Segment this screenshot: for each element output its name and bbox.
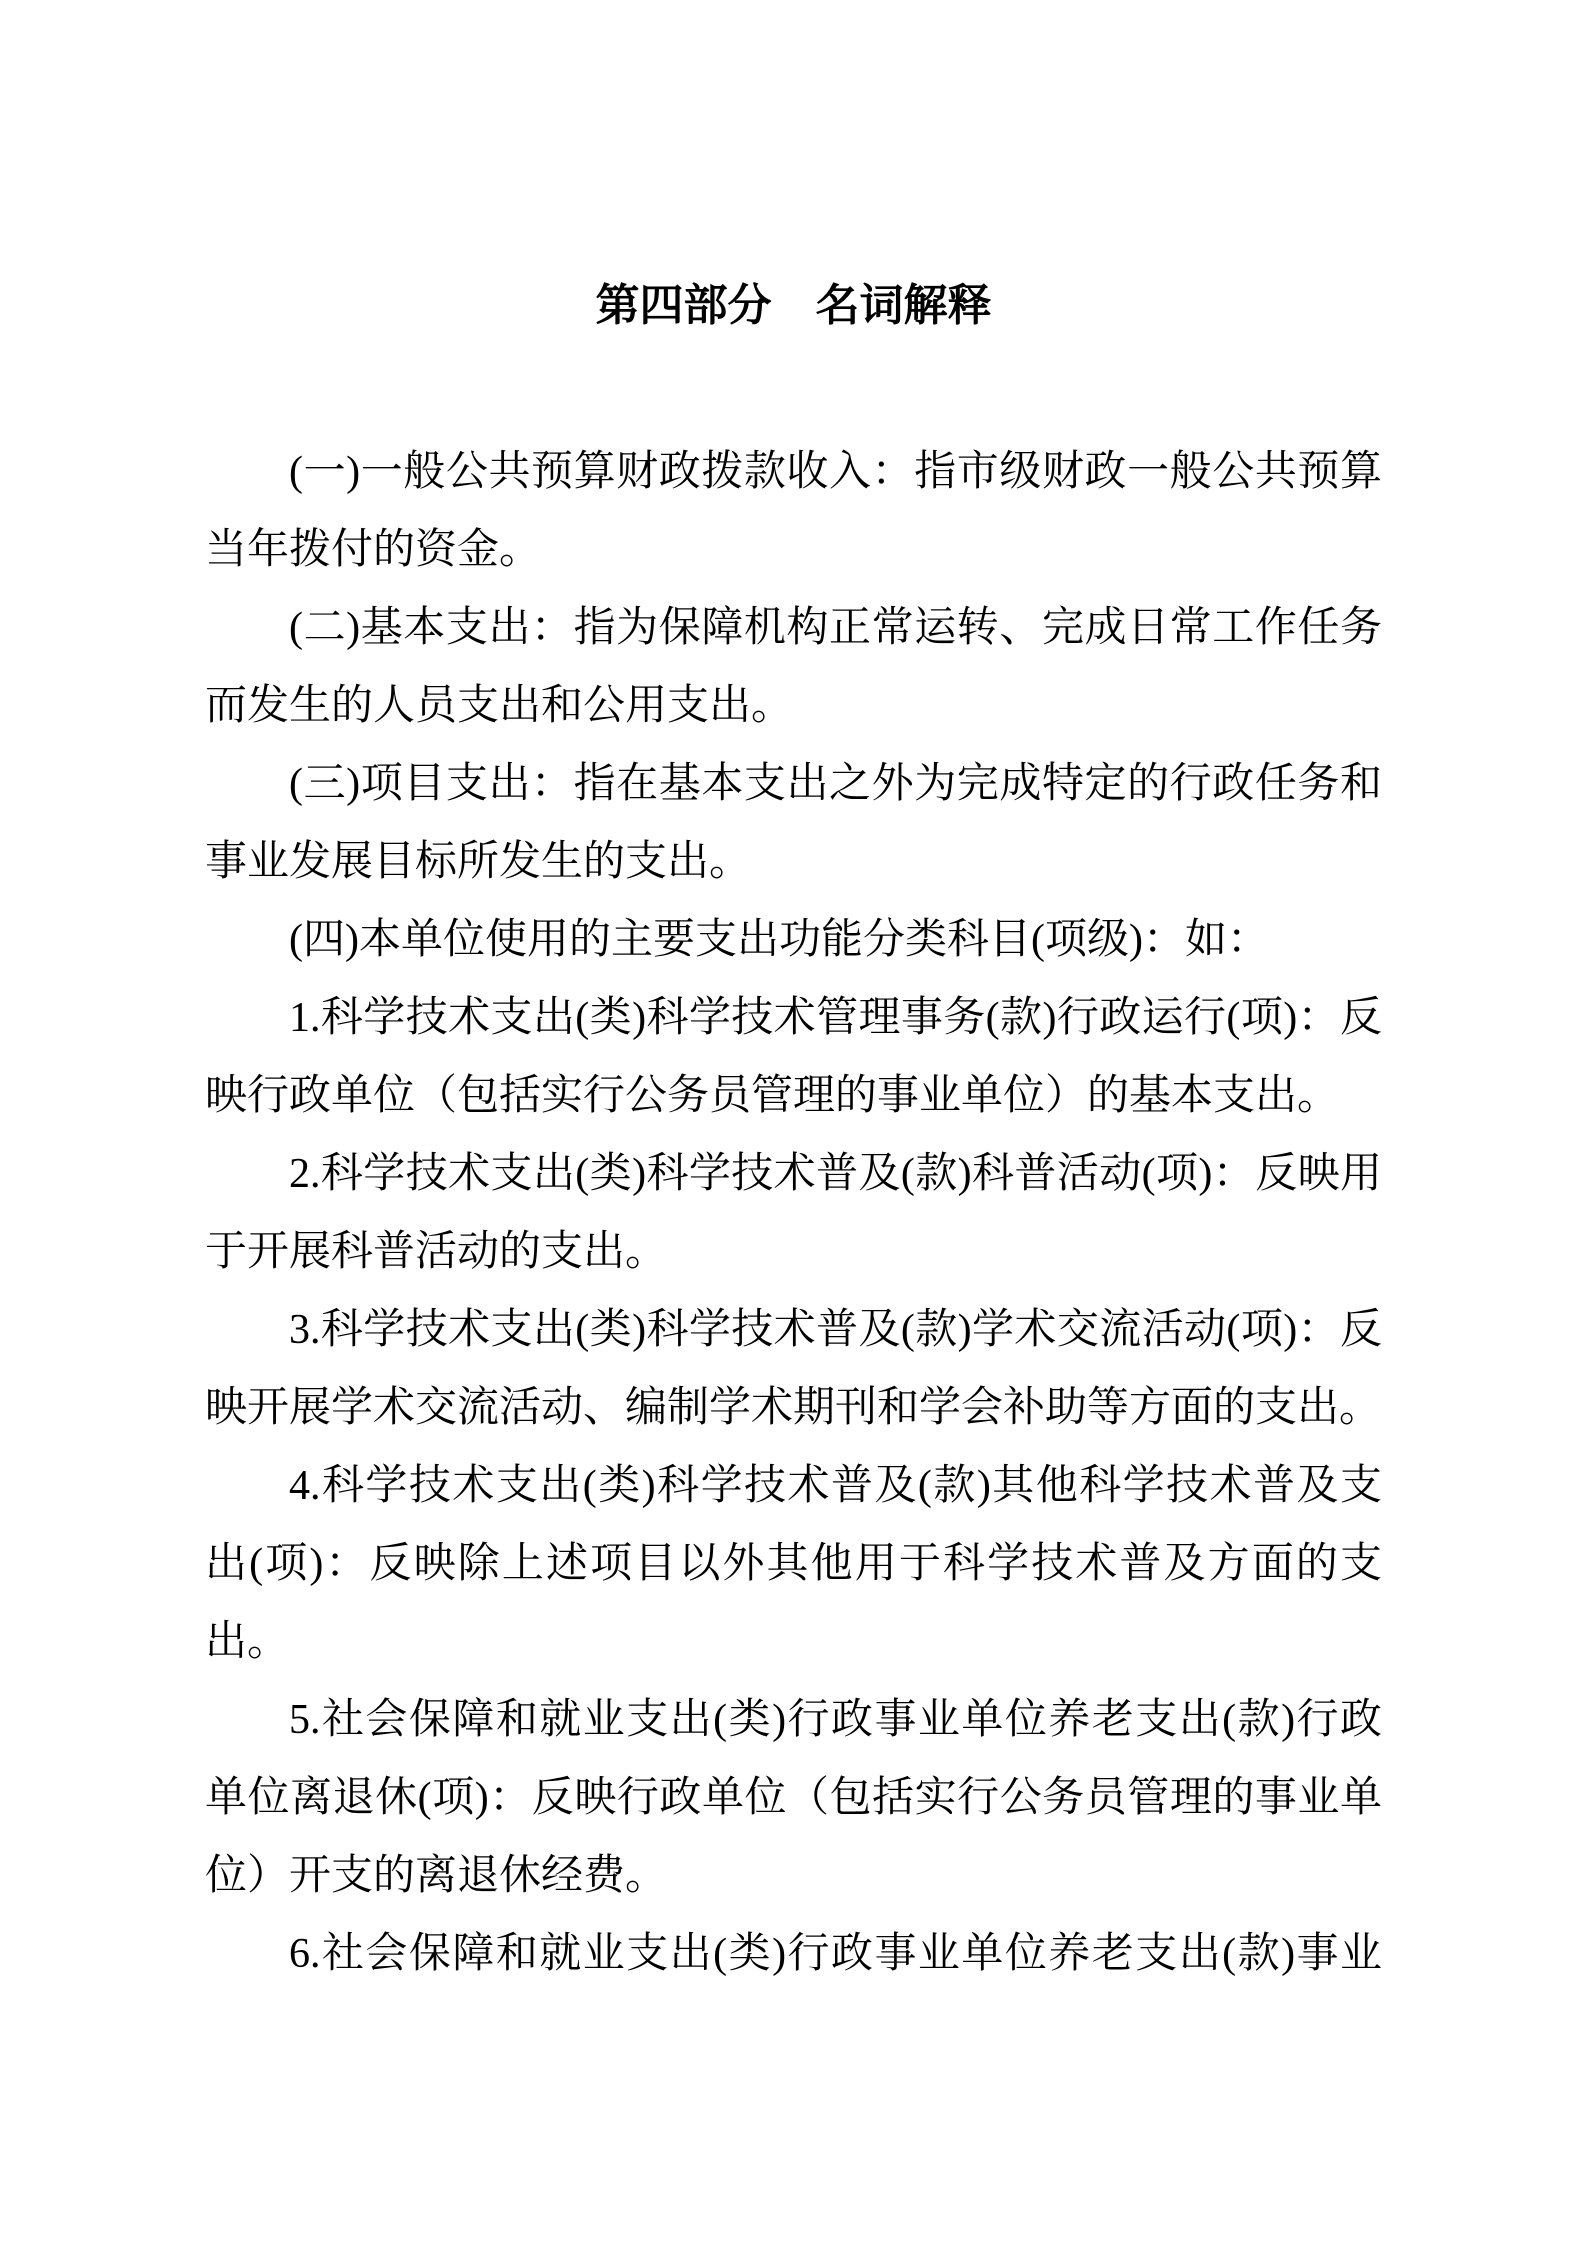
paragraph: (二)基本支出：指为保障机构正常运转、完成日常工作任务而发生的人员支出和公用支出… [205,589,1382,745]
page-title: 第四部分 名词解释 [205,283,1382,329]
paragraph: 6.社会保障和就业支出(类)行政事业单位养老支出(款)事业 [205,1915,1382,1993]
paragraph-list: (一)一般公共预算财政拨款收入：指市级财政一般公共预算当年拨付的资金。(二)基本… [205,433,1382,1993]
document-page: 第四部分 名词解释 (一)一般公共预算财政拨款收入：指市级财政一般公共预算当年拨… [0,0,1587,2245]
paragraph: 1.科学技术支出(类)科学技术管理事务(款)行政运行(项)：反映行政单位（包括实… [205,979,1382,1135]
paragraph: 5.社会保障和就业支出(类)行政事业单位养老支出(款)行政单位离退休(项)：反映… [205,1681,1382,1915]
paragraph: 4.科学技术支出(类)科学技术普及(款)其他科学技术普及支出(项)：反映除上述项… [205,1447,1382,1681]
paragraph: (四)本单位使用的主要支出功能分类科目(项级)：如： [205,901,1382,979]
paragraph: (三)项目支出：指在基本支出之外为完成特定的行政任务和事业发展目标所发生的支出。 [205,745,1382,901]
paragraph: 3.科学技术支出(类)科学技术普及(款)学术交流活动(项)：反映开展学术交流活动… [205,1291,1382,1447]
paragraph: 2.科学技术支出(类)科学技术普及(款)科普活动(项)：反映用于开展科普活动的支… [205,1135,1382,1291]
paragraph: (一)一般公共预算财政拨款收入：指市级财政一般公共预算当年拨付的资金。 [205,433,1382,589]
